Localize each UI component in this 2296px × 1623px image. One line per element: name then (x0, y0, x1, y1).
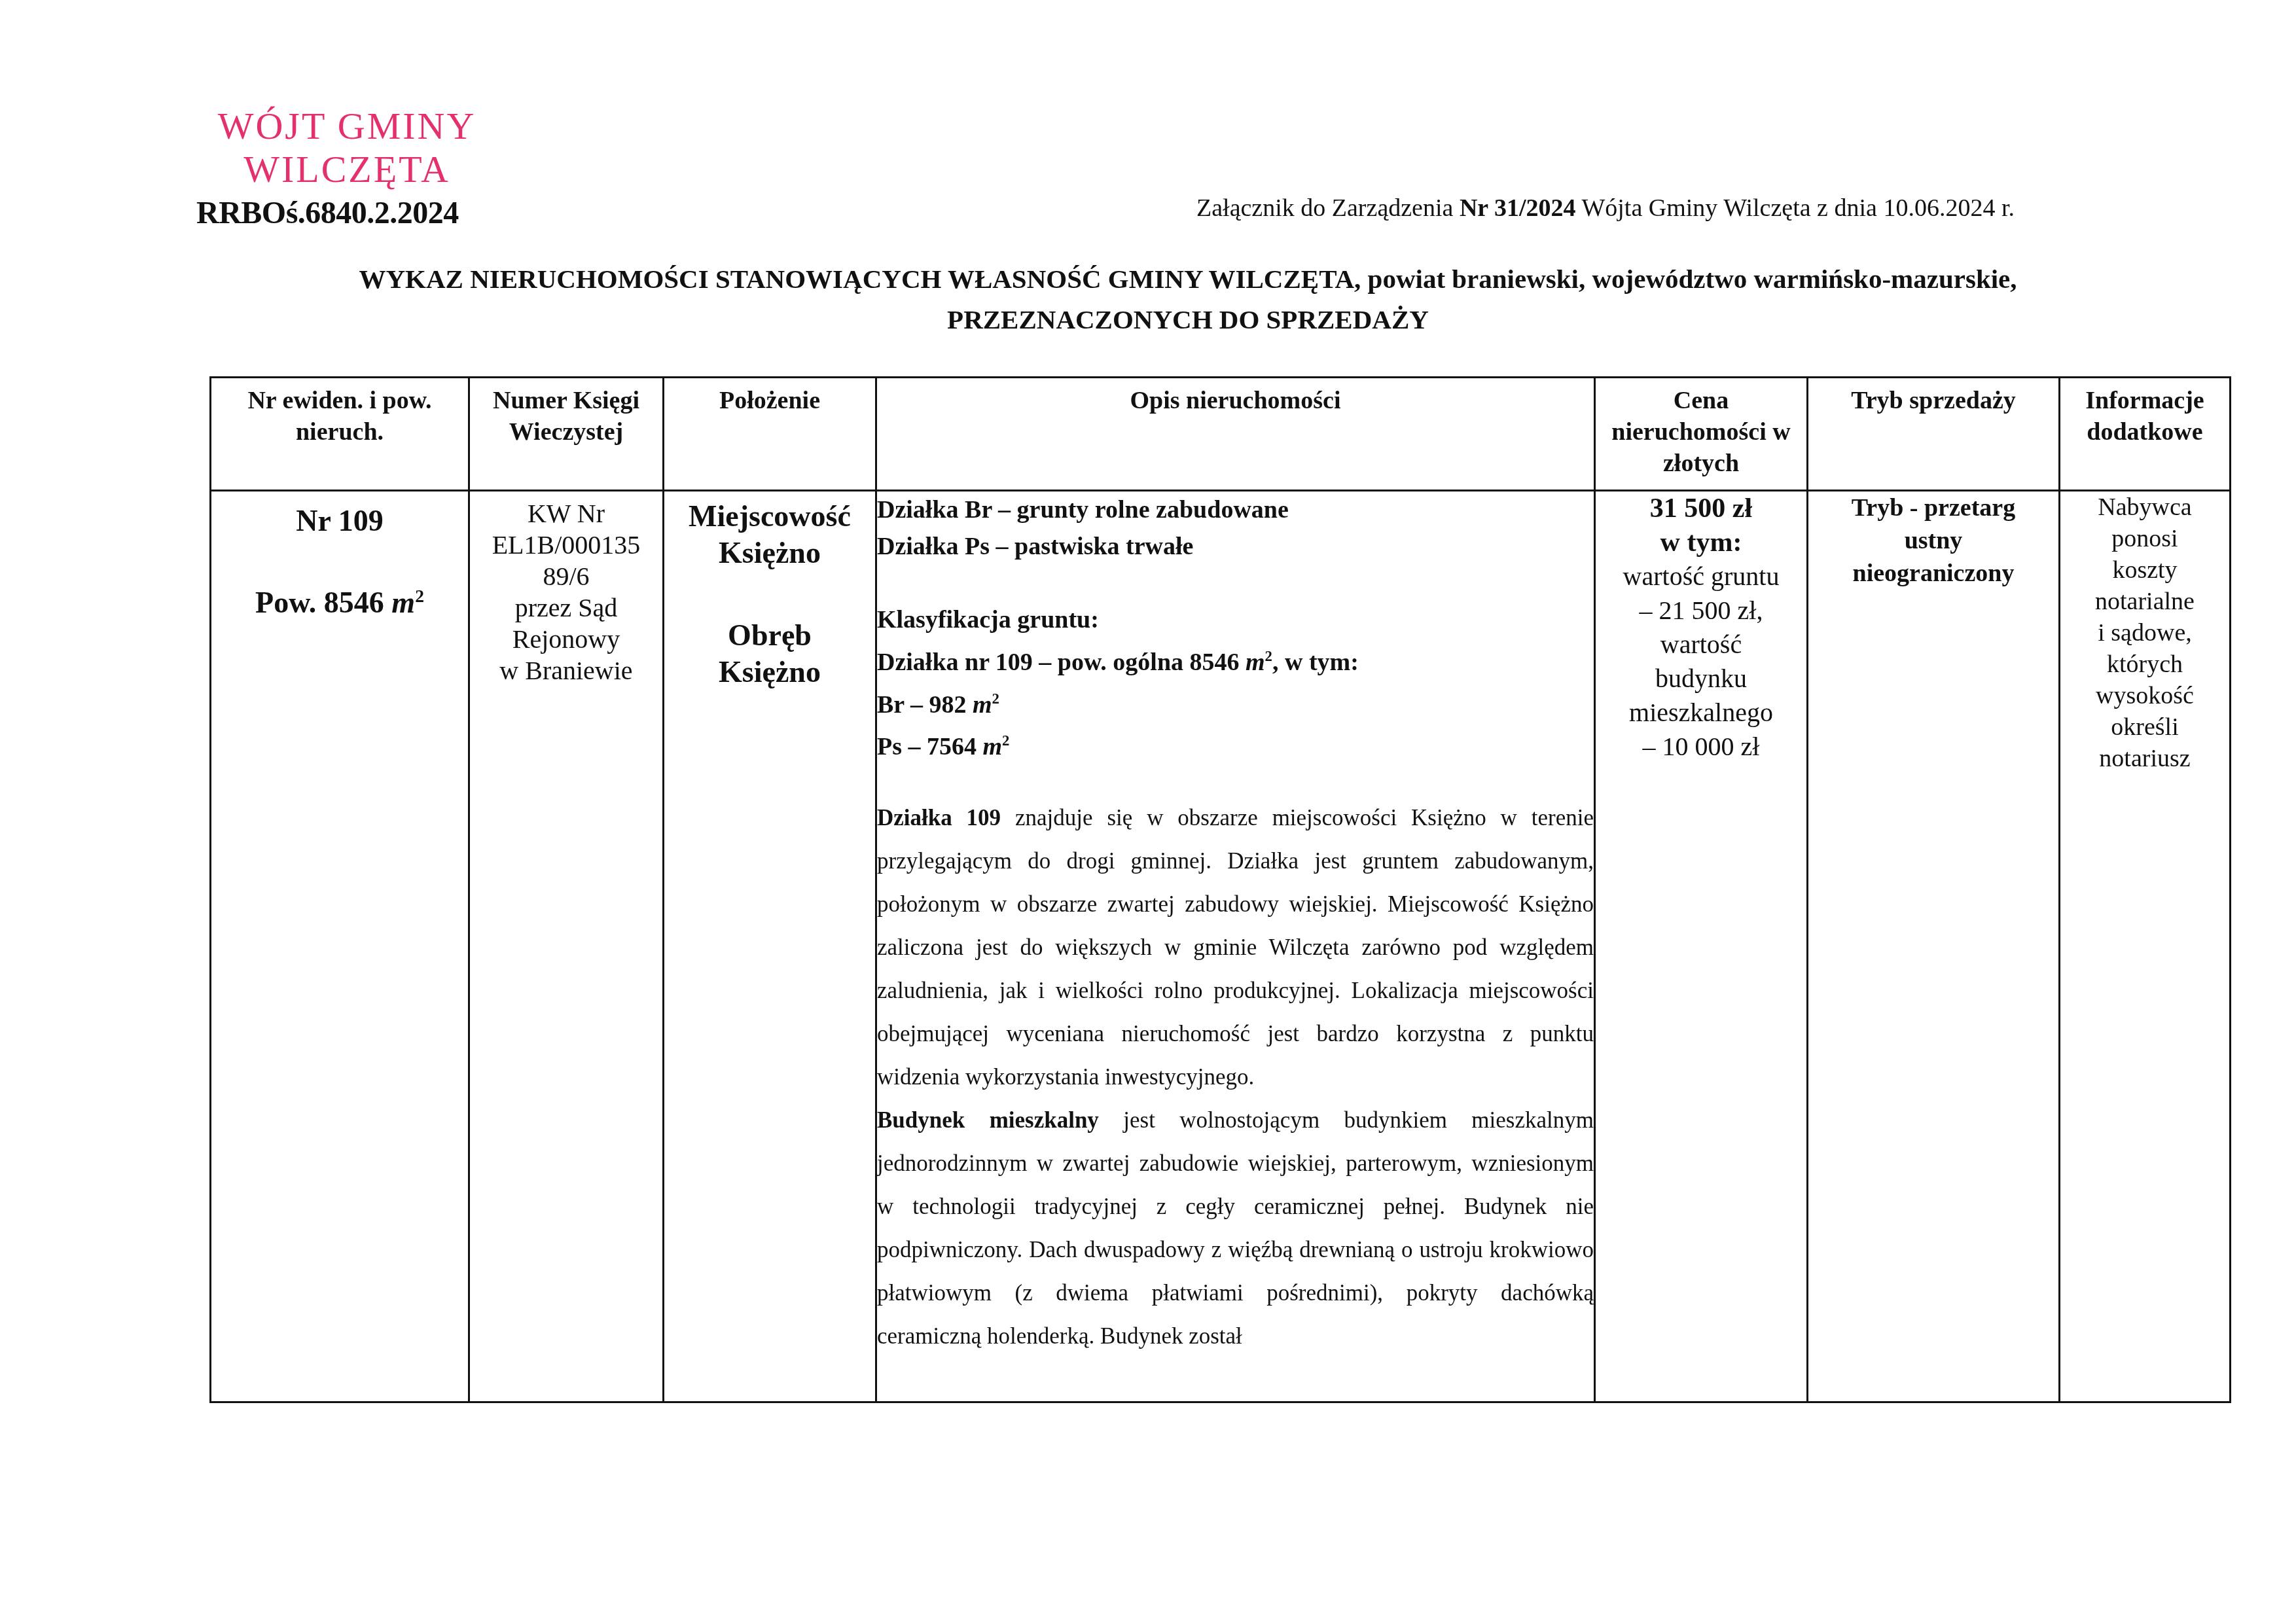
land-type-br: Działka Br – grunty rolne zabudowane (877, 491, 1594, 528)
parcel-area-value: Pow. 8546 (255, 586, 391, 619)
official-stamp: WÓJT GMINY WILCZĘTA (196, 105, 497, 191)
cell-cena: 31 500 zł w tym: wartość gruntu – 21 500… (1595, 491, 1808, 1402)
classification-total-text: Działka nr 109 – pow. ogólna 8546 (877, 649, 1246, 676)
header-informacje: Informacje dodatkowe (2060, 378, 2231, 491)
price-line: – 21 500 zł, (1596, 594, 1806, 628)
annex-prefix: Załącznik do Zarządzenia (1196, 194, 1460, 222)
table-row: Nr 109 Pow. 8546 m2 KW Nr EL1B/000135 89… (211, 491, 2231, 1402)
cell-nr-ewiden: Nr 109 Pow. 8546 m2 (211, 491, 469, 1402)
unit-exp: 2 (1265, 648, 1272, 664)
parcel-number: Nr 109 (211, 503, 468, 538)
classification-ps: Ps – 7564 m2 (877, 722, 1594, 765)
locality-value: Księżno (664, 535, 875, 571)
classification-heading: Klasyfikacja gruntu: (877, 601, 1594, 638)
document-title: WYKAZ NIERUCHOMOŚCI STANOWIĄCYCH WŁASNOŚ… (196, 259, 2179, 340)
parcel-description-text: znajduje się w obszarze miejscowości Ksi… (877, 805, 1594, 1090)
price-line: budynku (1596, 662, 1806, 696)
price-total: 31 500 zł (1596, 491, 1806, 526)
table-header-row: Nr ewiden. i pow. nieruch. Numer Księgi … (211, 378, 2231, 491)
classification-br-text: Br – 982 (877, 690, 973, 718)
header-cena: Cena nieruchomości w złotych (1595, 378, 1808, 491)
cell-polozenie: Miejscowość Księżno Obręb Księżno (664, 491, 876, 1402)
classification-total-suffix: , w tym: (1272, 649, 1359, 676)
parcel-area-exp: 2 (415, 586, 424, 606)
parcel-area: Pow. 8546 m2 (211, 585, 468, 620)
info-line: których (2060, 649, 2229, 680)
price-breakdown-label: w tym: (1596, 526, 1806, 560)
land-register: KW Nr EL1B/000135 89/6 przez Sąd Rejonow… (470, 498, 662, 687)
info-line: ponosi (2060, 523, 2229, 554)
info-line: określi (2060, 711, 2229, 743)
kw-line: przez Sąd (470, 592, 662, 624)
title-line-1: WYKAZ NIERUCHOMOŚCI STANOWIĄCYCH WŁASNOŚ… (196, 259, 2179, 299)
kw-line: EL1B/000135 (470, 529, 662, 561)
cell-opis: Działka Br – grunty rolne zabudowane Dzi… (876, 491, 1595, 1402)
classification-total: Działka nr 109 – pow. ogólna 8546 m2, w … (877, 638, 1594, 681)
parcel-area-unit: m (391, 586, 415, 619)
header-ksiega: Numer Księgi Wieczystej (469, 378, 664, 491)
unit-exp: 2 (992, 690, 999, 707)
info-line: notariusz (2060, 743, 2229, 774)
header-tryb: Tryb sprzedaży (1808, 378, 2060, 491)
annex-suffix: Wójta Gminy Wilczęta z dnia 10.06.2024 r… (1576, 194, 2015, 222)
info-line: Nabywca (2060, 491, 2229, 523)
stamp-line-1: WÓJT GMINY (196, 105, 497, 148)
case-reference: RRBOś.6840.2.2024 (196, 195, 459, 231)
cell-ksiega: KW Nr EL1B/000135 89/6 przez Sąd Rejonow… (469, 491, 664, 1402)
parcel-description: Działka 109 znajduje się w obszarze miej… (877, 796, 1594, 1099)
precinct-label: Obręb (664, 617, 875, 654)
price-line: mieszkalnego (1596, 696, 1806, 730)
header-opis: Opis nieruchomości (876, 378, 1595, 491)
annex-note: Załącznik do Zarządzenia Nr 31/2024 Wójt… (1196, 194, 2015, 223)
price-line: – 10 000 zł (1596, 730, 1806, 764)
sale-mode-line: nieograniczony (1808, 557, 2058, 590)
building-description: Budynek mieszkalny jest wolnostojącym bu… (877, 1099, 1594, 1358)
building-description-text: jest wolnostojącym budynkiem mieszkalnym… (877, 1107, 1594, 1349)
annex-number: Nr 31/2024 (1460, 194, 1576, 222)
info-line: wysokość (2060, 680, 2229, 711)
cell-tryb: Tryb - przetarg ustny nieograniczony (1808, 491, 2060, 1402)
classification-br: Br – 982 m2 (877, 681, 1594, 723)
header-polozenie: Położenie (664, 378, 876, 491)
location: Miejscowość Księżno Obręb Księżno (664, 498, 875, 690)
stamp-line-2: WILCZĘTA (196, 148, 497, 191)
kw-line: 89/6 (470, 561, 662, 592)
building-description-lead: Budynek mieszkalny (877, 1107, 1099, 1133)
sale-mode-line: Tryb - przetarg (1808, 491, 2058, 524)
unit: m (1246, 649, 1265, 676)
classification-ps-text: Ps – 7564 (877, 733, 983, 760)
unit: m (973, 690, 992, 718)
sale-mode-line: ustny (1808, 524, 2058, 557)
price-line: wartość (1596, 628, 1806, 662)
unit: m (983, 733, 1003, 760)
title-line-2: PRZEZNACZONYCH DO SPRZEDAŻY (196, 299, 2179, 340)
info-line: notarialne (2060, 586, 2229, 617)
info-line: koszty (2060, 554, 2229, 586)
price-line: wartość gruntu (1596, 560, 1806, 594)
kw-line: KW Nr (470, 498, 662, 529)
locality-label: Miejscowość (664, 498, 875, 535)
info-line: i sądowe, (2060, 617, 2229, 649)
parcel-description-lead: Działka 109 (877, 805, 1001, 830)
cell-informacje: Nabywca ponosi koszty notarialne i sądow… (2060, 491, 2231, 1402)
unit-exp: 2 (1002, 732, 1009, 749)
land-type-ps: Działka Ps – pastwiska trwałe (877, 528, 1594, 565)
property-table: Nr ewiden. i pow. nieruch. Numer Księgi … (209, 376, 2231, 1403)
kw-line: Rejonowy (470, 624, 662, 655)
precinct-value: Księżno (664, 654, 875, 690)
header-nr-ewiden: Nr ewiden. i pow. nieruch. (211, 378, 469, 491)
kw-line: w Braniewie (470, 655, 662, 687)
